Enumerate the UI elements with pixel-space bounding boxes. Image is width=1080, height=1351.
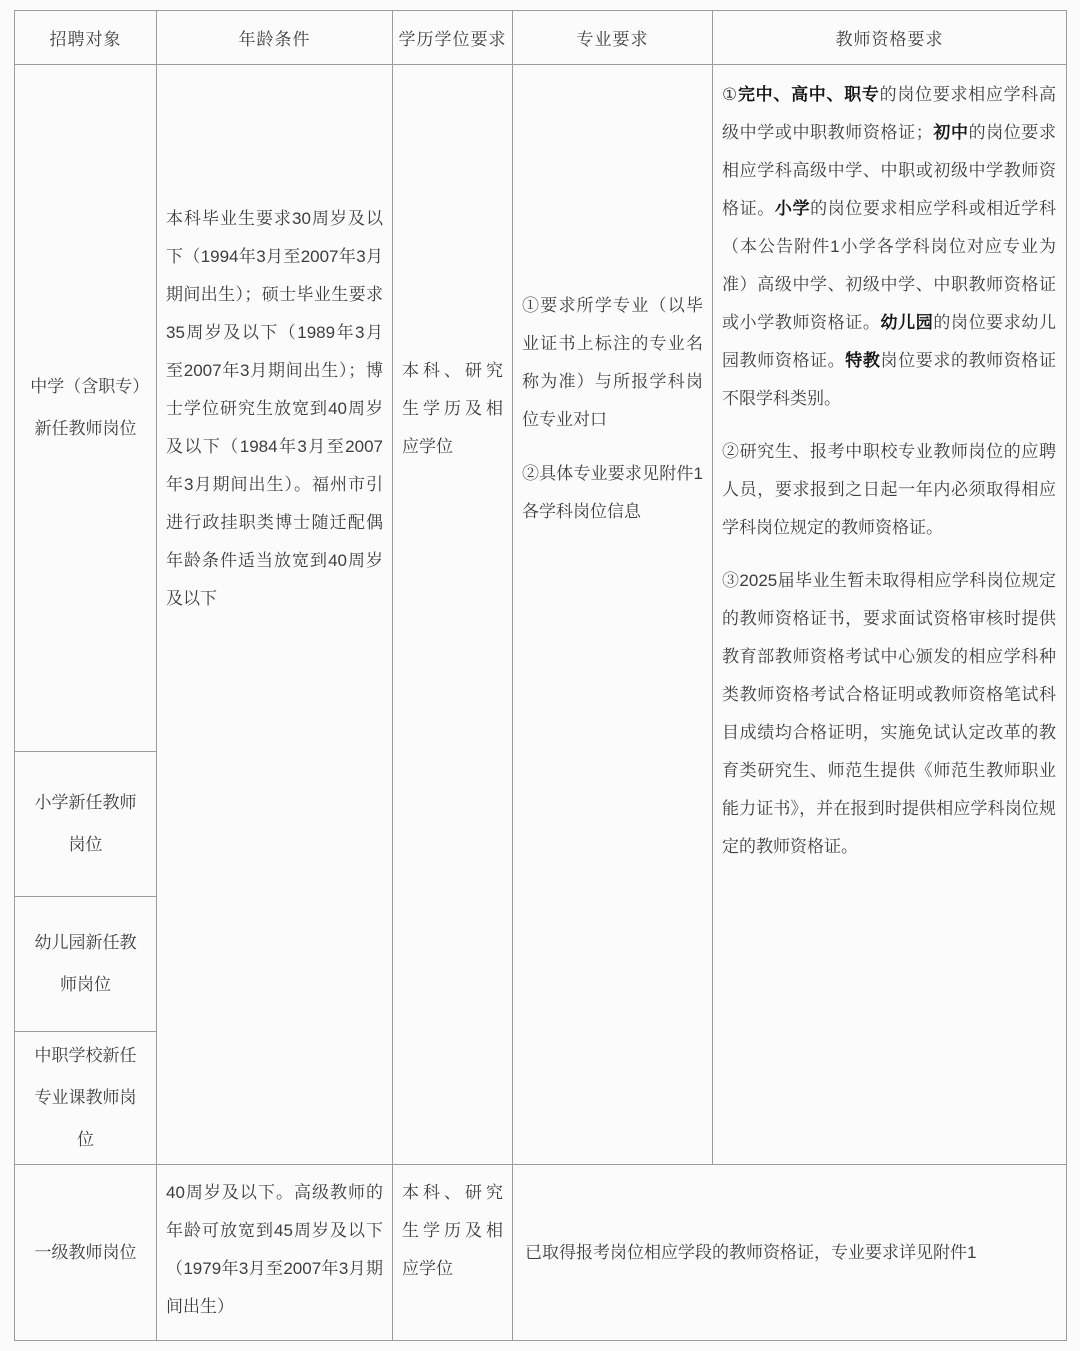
qualification-paragraph-2: ②研究生、报考中职校专业教师岗位的应聘人员，要求报到之日起一年内必须取得相应学科…	[722, 433, 1056, 547]
header-age-condition: 年龄条件	[157, 11, 393, 65]
row-secondary-school: 中学（含职专）新任教师岗位 本科毕业生要求30周岁及以下（1994年3月至200…	[15, 65, 1067, 752]
position-cell-vocational-school: 中职学校新任专业课教师岗位	[15, 1032, 157, 1165]
header-row: 招聘对象 年龄条件 学历学位要求 专业要求 教师资格要求	[15, 11, 1067, 65]
education-text-new-teachers: 本科、研究生学历及相应学位	[402, 352, 503, 466]
position-cell-secondary-school: 中学（含职专）新任教师岗位	[15, 65, 157, 752]
header-major-requirement: 专业要求	[513, 11, 713, 65]
education-cell-new-teachers: 本科、研究生学历及相应学位	[393, 65, 513, 1165]
education-cell-first-level: 本科、研究生学历及相应学位	[393, 1165, 513, 1341]
position-cell-primary-school: 小学新任教师岗位	[15, 752, 157, 897]
qualification-cell-new-teachers: ①完中、高中、职专的岗位要求相应学科高级中学或中职教师资格证；初中的岗位要求相应…	[713, 65, 1067, 1165]
age-text-first-level: 40周岁及以下。高级教师的年龄可放宽到45周岁及以下（1979年3月至2007年…	[166, 1174, 383, 1326]
position-cell-first-level-teacher: 一级教师岗位	[15, 1165, 157, 1341]
qualification-paragraph-3: ③2025届毕业生暂未取得相应学科岗位规定的教师资格证书，要求面试资格审核时提供…	[722, 562, 1056, 866]
header-recruit-target: 招聘对象	[15, 11, 157, 65]
major-paragraph-2: ②具体专业要求见附件1各学科岗位信息	[522, 455, 703, 531]
major-cell-new-teachers: ①要求所学专业（以毕业证书上标注的专业名称为准）与所报学科岗位专业对口 ②具体专…	[513, 65, 713, 1165]
major-paragraph-1: ①要求所学专业（以毕业证书上标注的专业名称为准）与所报学科岗位专业对口	[522, 287, 703, 439]
requirement-cell-first-level: 已取得报考岗位相应学段的教师资格证，专业要求详见附件1	[513, 1165, 1067, 1341]
education-text-first-level: 本科、研究生学历及相应学位	[402, 1174, 503, 1288]
row-first-level-teacher: 一级教师岗位 40周岁及以下。高级教师的年龄可放宽到45周岁及以下（1979年3…	[15, 1165, 1067, 1341]
header-teacher-qualification: 教师资格要求	[713, 11, 1067, 65]
qualification-paragraph-1: ①完中、高中、职专的岗位要求相应学科高级中学或中职教师资格证；初中的岗位要求相应…	[722, 76, 1056, 418]
page: 招聘对象 年龄条件 学历学位要求 专业要求 教师资格要求 中学（含职专）新任教师…	[0, 0, 1080, 1351]
age-cell-first-level: 40周岁及以下。高级教师的年龄可放宽到45周岁及以下（1979年3月至2007年…	[157, 1165, 393, 1341]
recruitment-table: 招聘对象 年龄条件 学历学位要求 专业要求 教师资格要求 中学（含职专）新任教师…	[14, 10, 1067, 1341]
position-cell-kindergarten: 幼儿园新任教师岗位	[15, 897, 157, 1032]
header-education-degree: 学历学位要求	[393, 11, 513, 65]
age-cell-new-teachers: 本科毕业生要求30周岁及以下（1994年3月至2007年3月期间出生）；硕士毕业…	[157, 65, 393, 1165]
age-text-new-teachers: 本科毕业生要求30周岁及以下（1994年3月至2007年3月期间出生）；硕士毕业…	[166, 200, 383, 618]
